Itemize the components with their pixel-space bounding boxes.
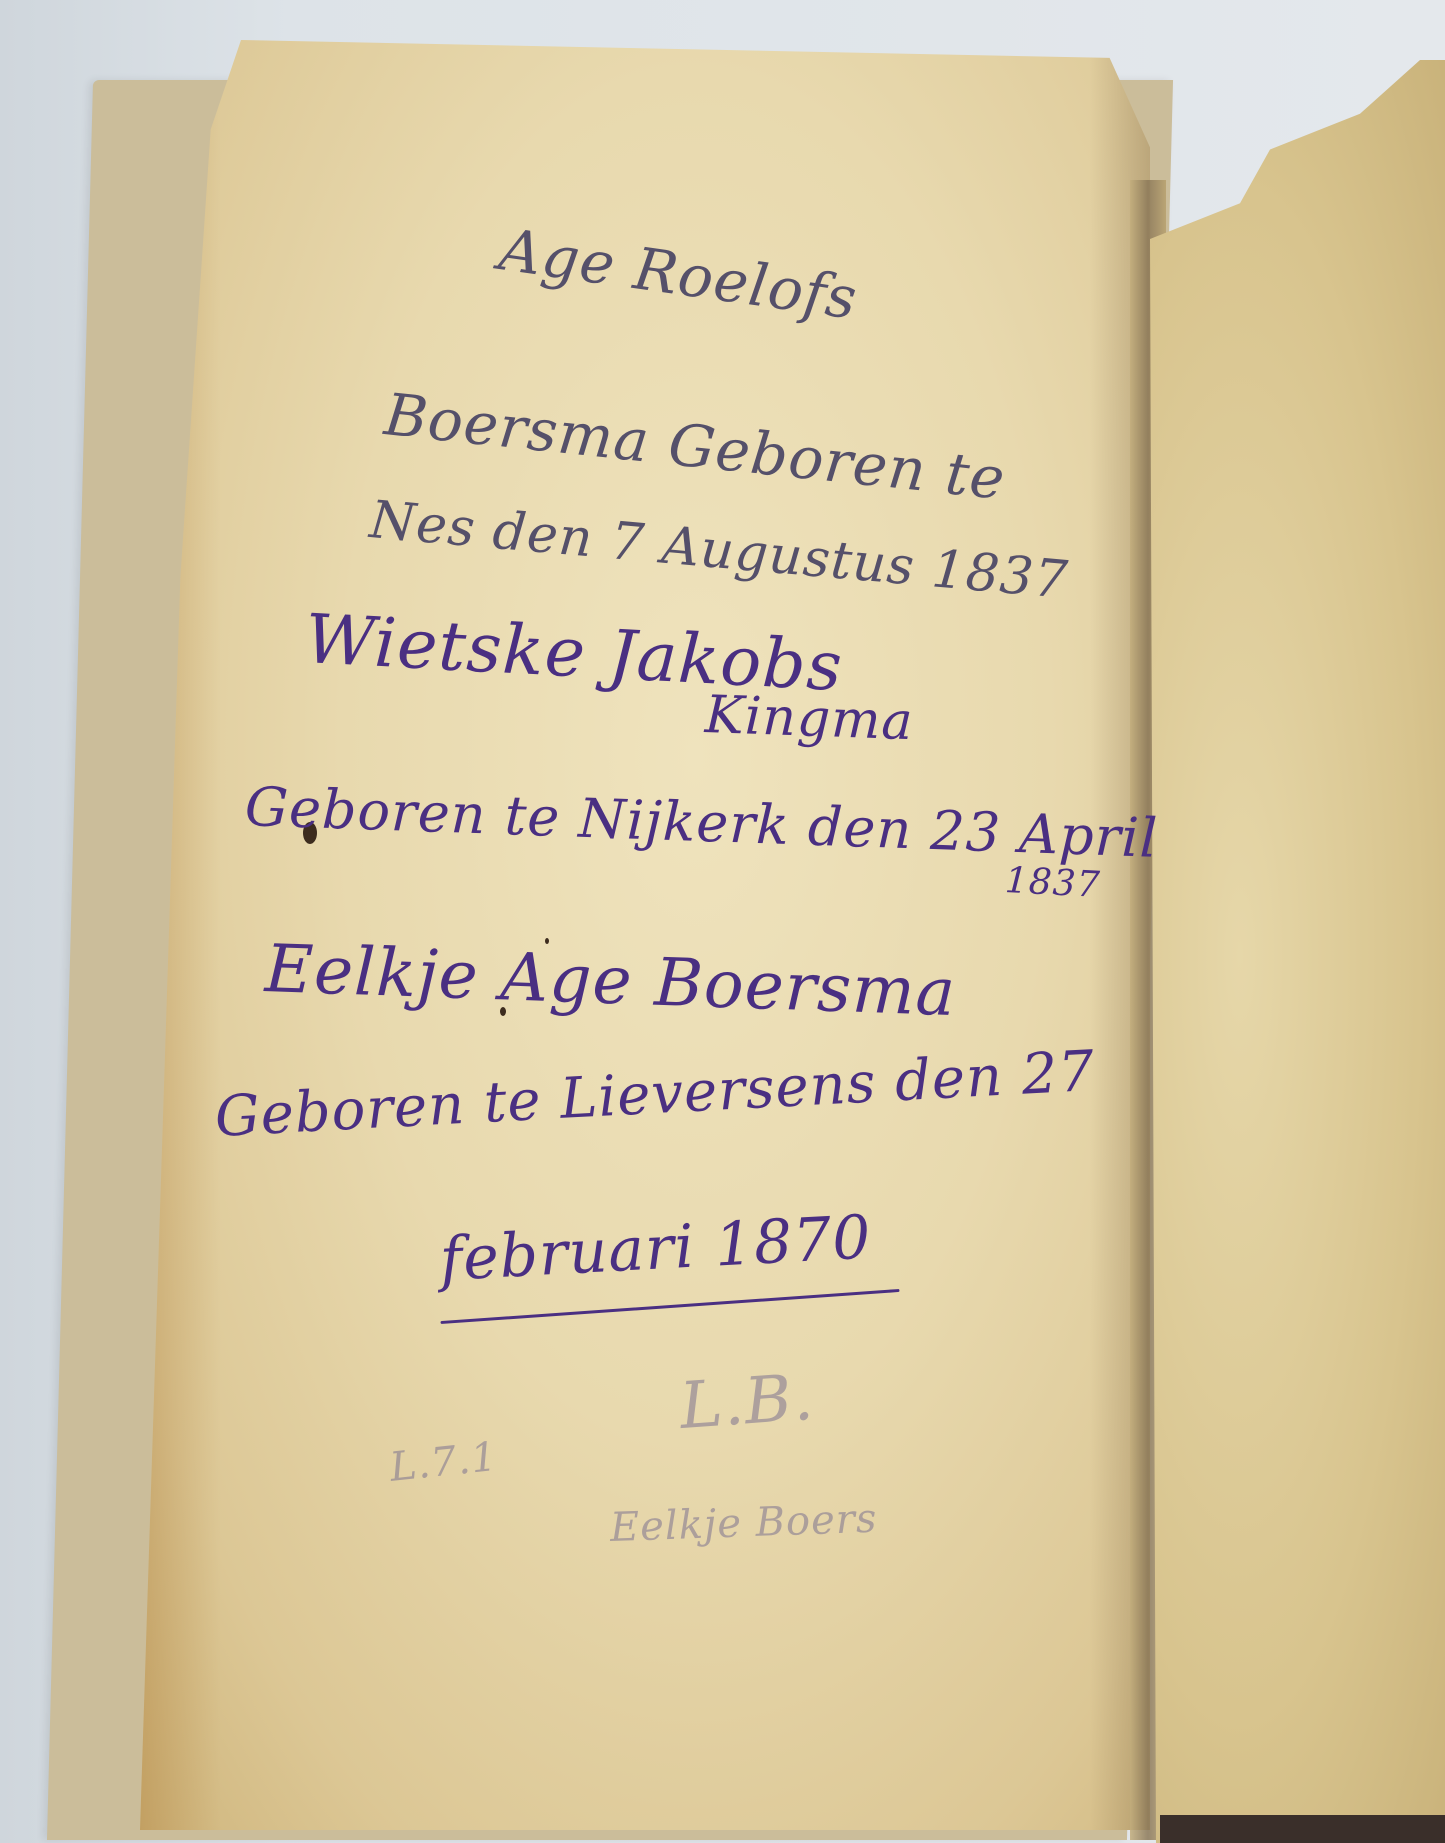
pencil-signature: Eelkje Boers xyxy=(609,1496,878,1551)
pencil-initials: L.B. xyxy=(677,1361,816,1444)
entry-2-line-4: 1837 xyxy=(1004,860,1102,906)
book-cover-edge xyxy=(1160,1815,1445,1843)
right-page xyxy=(1150,60,1445,1843)
entry-2-line-2: Kingma xyxy=(704,685,915,752)
